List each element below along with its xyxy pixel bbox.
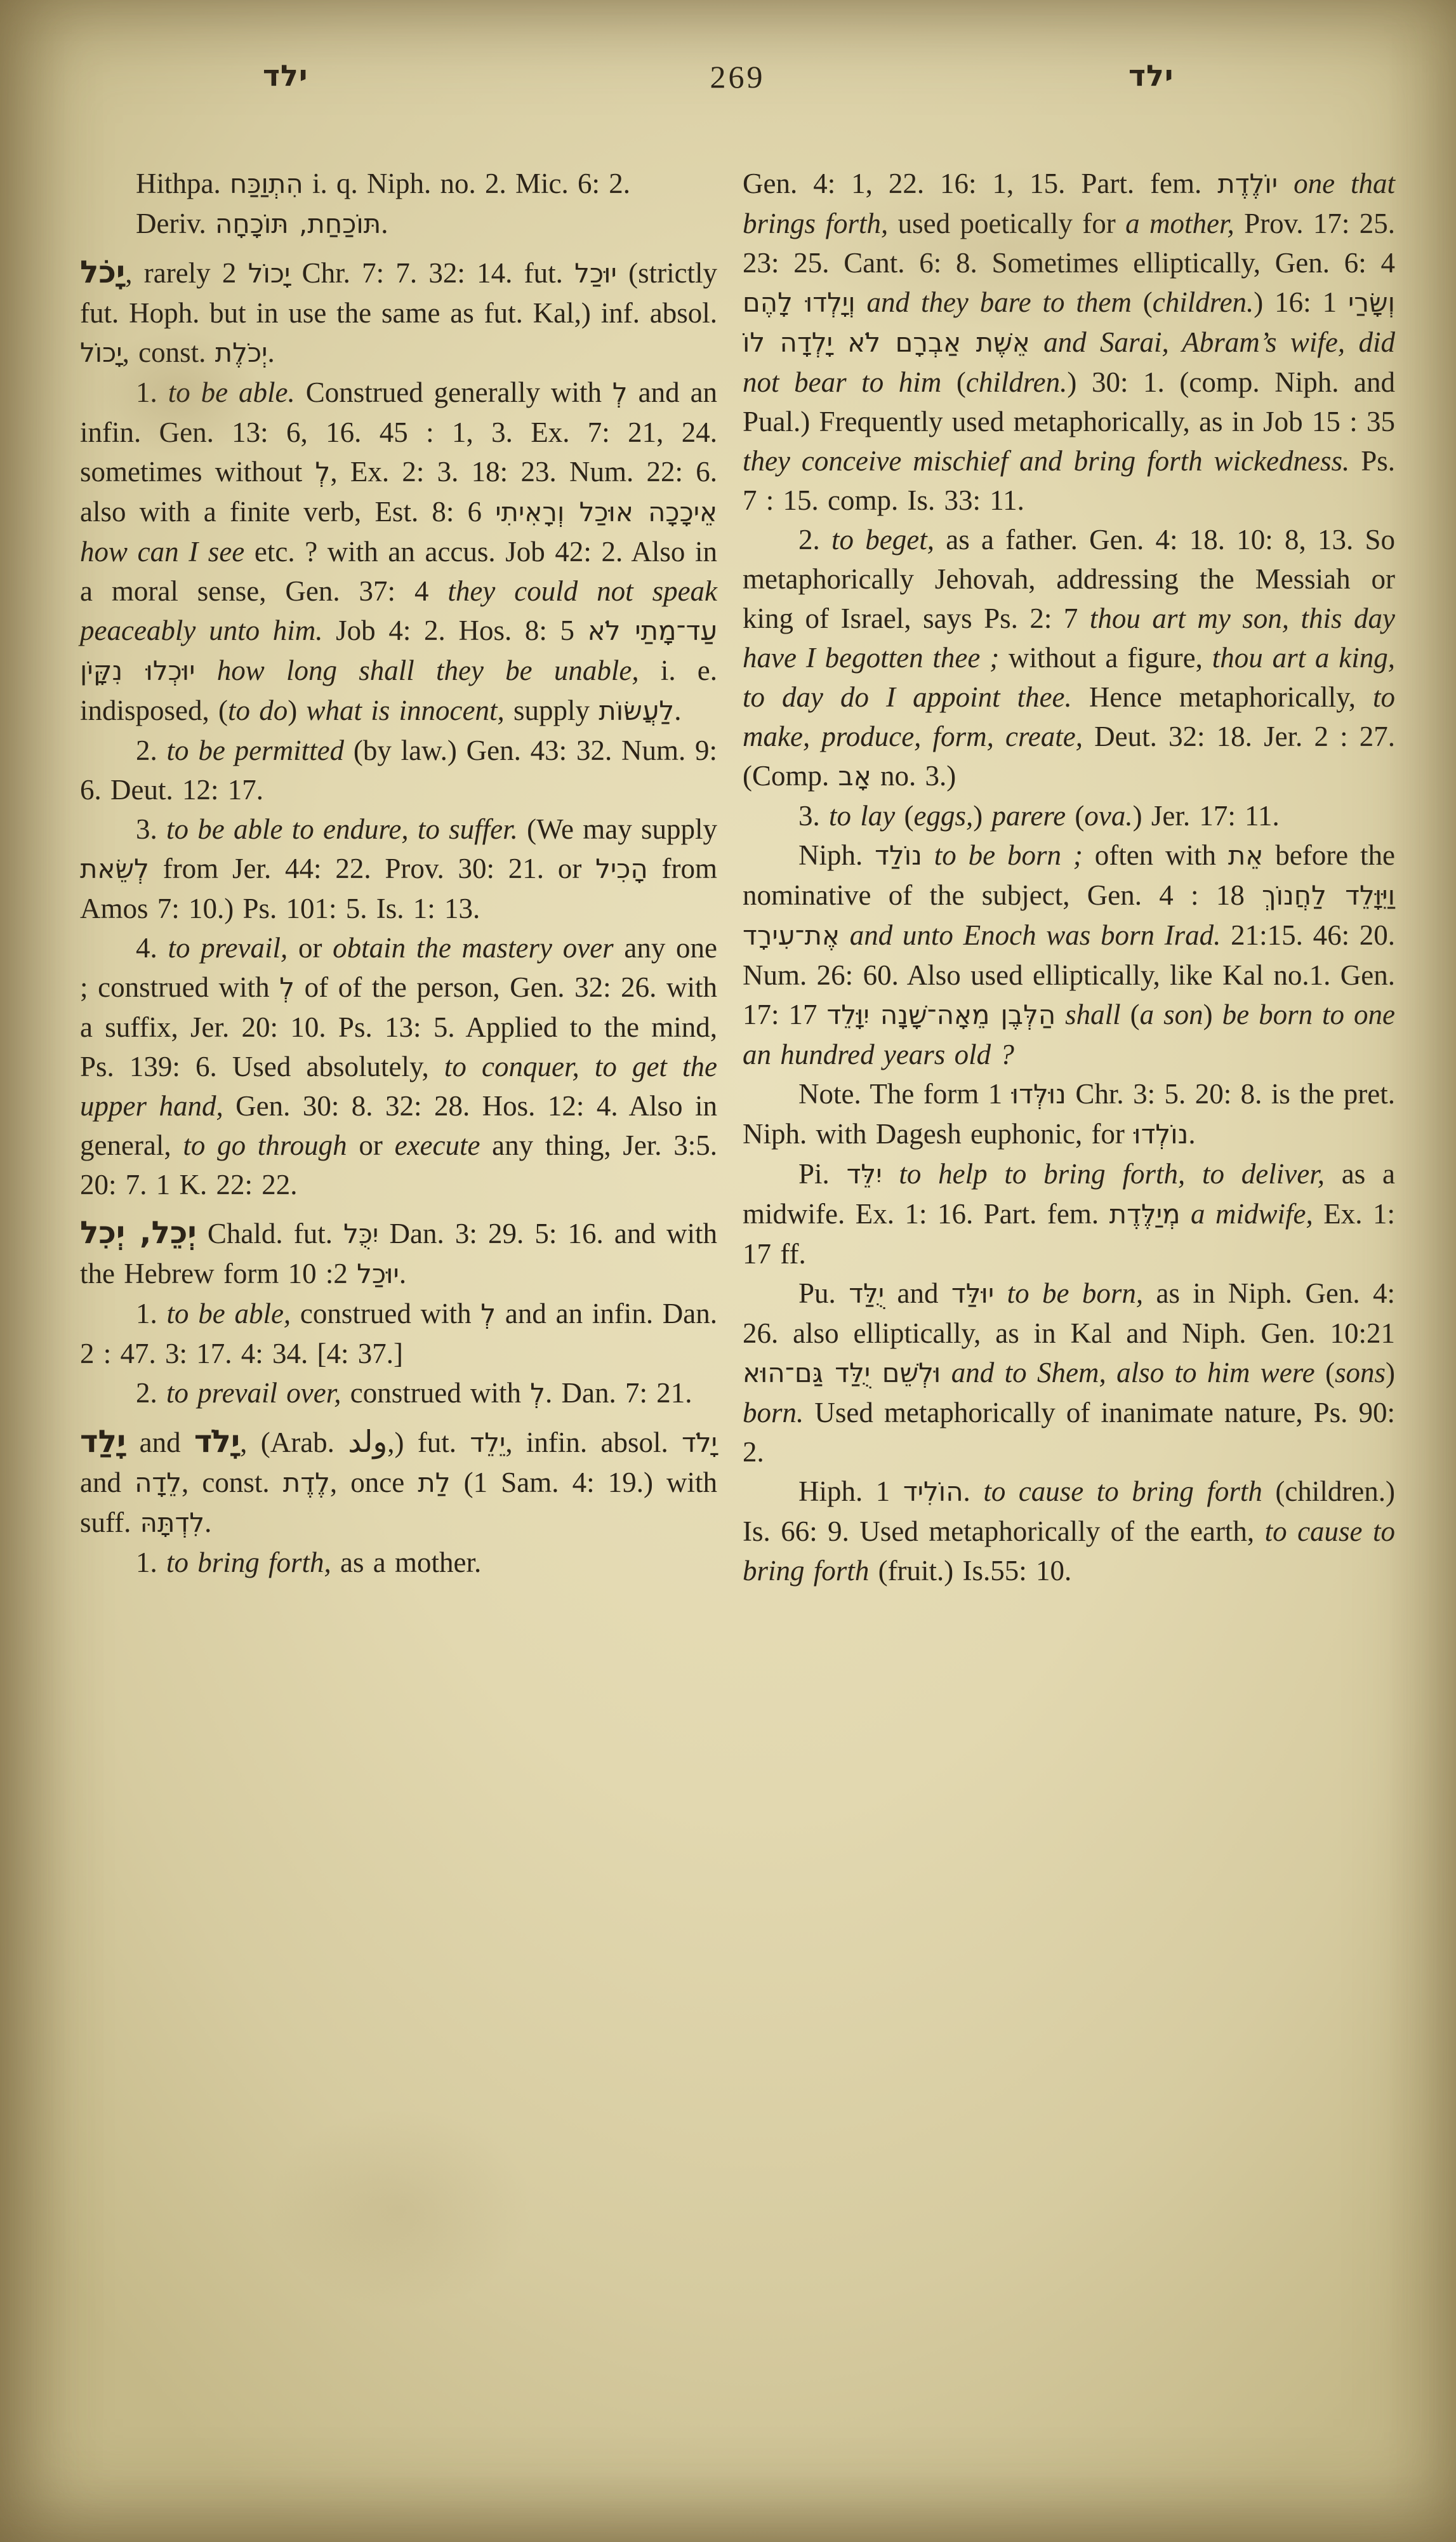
text-run: ) (1203, 999, 1222, 1030)
text-run: 2. (136, 735, 167, 766)
paragraph: 1. to be able, construed with לְ and an … (80, 1294, 717, 1373)
italic-run: to help to bring forth, to deliver, (899, 1158, 1325, 1190)
text-run: 3. (136, 813, 166, 845)
paragraph: Gen. 4: 1, 22. 16: 1, 15. Part. fem. יוֹ… (743, 164, 1395, 520)
hebrew-run: נוּלְּדוּ (1012, 1079, 1066, 1110)
italic-run: born. (743, 1397, 804, 1428)
text-run: ( (941, 366, 966, 398)
text-run: used poetically for (888, 208, 1125, 239)
text-run: and (126, 1427, 194, 1458)
text-run (195, 655, 217, 686)
text-run: from Jer. 44: 22. Prov. 30: 21. or (149, 853, 595, 884)
text-run: 2. (136, 1377, 166, 1409)
text-run: ,) fut. (387, 1427, 470, 1458)
italic-run: to be able, (167, 1298, 291, 1329)
paragraph: Hithpa. הִתְוַכַּח i. q. Niph. no. 2. Mi… (80, 164, 717, 204)
paragraph: 1. to bring forth, as a mother. (80, 1543, 717, 1582)
text-run: ) (1386, 1357, 1395, 1388)
hebrew-run: אֵת (1228, 840, 1263, 871)
text-run: 4. (136, 932, 168, 964)
paragraph: 3. to lay (eggs,) parere (ova.) Jer. 17:… (743, 796, 1395, 835)
paragraph: 4. to prevail, or obtain the mastery ove… (80, 928, 717, 1204)
hebrew-headword: יָכֹל (80, 255, 125, 290)
italic-run: children. (966, 366, 1068, 398)
paragraph: Pi. יִלֵּד to help to bring forth, to de… (743, 1154, 1395, 1274)
text-column-right: Gen. 4: 1, 22. 16: 1, 15. Part. fem. יוֹ… (743, 164, 1395, 1590)
text-run: (fruit.) Is.55: 10. (869, 1555, 1071, 1587)
text-run: or (347, 1129, 395, 1161)
text-run: and (80, 1467, 135, 1498)
paragraph: 2. to be permitted (by law.) Gen. 43: 32… (80, 731, 717, 809)
paragraph: יָכֹל, rarely יָכוֹל 2 Chr. 7: 7. 32: 14… (80, 253, 717, 373)
text-run: without a figure, (999, 642, 1212, 674)
italic-run: to cause to bring forth (983, 1475, 1262, 1507)
text-run: . Dan. 7: 21. (545, 1377, 692, 1409)
italic-run: to be permitted (167, 735, 345, 766)
hebrew-run: לַעֲשׂוֹת (599, 695, 674, 726)
italic-run: and unto Enoch was born Irad. (850, 919, 1221, 951)
text-run (1181, 1198, 1191, 1230)
text-run: supply (505, 695, 599, 726)
hebrew-run: לֵדָה (135, 1467, 182, 1498)
running-head-right-hebrew-word: ילד (1128, 58, 1174, 93)
hebrew-run: לְשֵׂאת (80, 853, 149, 884)
hebrew-run: יֻלַּד (849, 1278, 884, 1309)
text-run: 1. (136, 1298, 167, 1329)
text-run: 2. (798, 524, 831, 556)
text-run (922, 839, 934, 871)
text-run: i. q. Niph. no. 2. Mic. 6: 2. (303, 168, 630, 199)
paragraph: Niph. נוֹלַד to be born ; often with אֵת… (743, 835, 1395, 1074)
hebrew-run: יֵלֵד (470, 1427, 505, 1458)
italic-run: to prevail, (168, 932, 288, 964)
italic-run: to be born, (1007, 1277, 1144, 1309)
lexicon-page: ילד 269 ילד Hithpa. הִתְוַכַּח i. q. Nip… (0, 0, 1456, 1590)
hebrew-run: יִלֵּד (847, 1159, 882, 1190)
hebrew-run: מְיַלֶּדֶת (1109, 1199, 1181, 1230)
hebrew-run: לֶדֶת (283, 1467, 330, 1498)
italic-run: execute (395, 1129, 480, 1161)
hebrew-run: תּוֹכַחַת, תּוֹכָחָה (215, 208, 381, 239)
text-run: Note. The form (798, 1078, 988, 1110)
text-run (994, 1277, 1007, 1309)
italic-run: to be born ; (934, 839, 1083, 871)
italic-run: to do (228, 695, 288, 726)
text-run: ) 16: 1 (1254, 286, 1348, 318)
paragraph: 2. to prevail over, construed with לְ. D… (80, 1373, 717, 1413)
text-run: 1. (136, 1547, 166, 1578)
hebrew-run: וְיָלְדוּ לָהֶם (743, 287, 856, 318)
paragraph: 3. to be able to endure, to suffer. (We … (80, 809, 717, 928)
text-run: , (Arab. (240, 1427, 348, 1458)
hebrew-headword: יָלֹד (194, 1424, 240, 1460)
text-run: . (1188, 1118, 1195, 1150)
text-run: ) (288, 695, 306, 726)
text-run: 3. (798, 800, 829, 832)
text-run: , once (330, 1467, 418, 1498)
text-run: no. 3.) (871, 760, 956, 792)
hebrew-run: אֵיכָכָה אוּכַל וְרָאִיתִי (495, 496, 717, 528)
hebrew-run: יוּלַּד (951, 1278, 994, 1309)
text-run: and (884, 1277, 951, 1309)
text-run: ( (1066, 800, 1084, 832)
italic-run: how long shall they be unable, (217, 655, 639, 686)
hebrew-run: יוּכַל (574, 258, 617, 289)
running-head: ילד 269 ילד (80, 58, 1395, 135)
italic-run: and they bare to them (867, 286, 1132, 318)
italic-run: to prevail over, (166, 1377, 341, 1409)
text-run: Hence metaphorically, (1072, 681, 1373, 713)
text-run: . (267, 336, 274, 368)
hebrew-run: יָכוֹל (248, 258, 291, 289)
paragraph: יְכֵל, יְכִל Chald. fut. יִכֻּל Dan. 3: … (80, 1213, 717, 1294)
paragraph: Deriv. תּוֹכַחַת, תּוֹכָחָה. (80, 204, 717, 244)
text-run: Pu. (798, 1277, 849, 1309)
italic-run: to be able to endure, to suffer. (166, 813, 518, 845)
paragraph: 2. to beget, as a father. Gen. 4: 18. 10… (743, 520, 1395, 796)
text-run: , const. (122, 336, 215, 368)
paragraph: Hiph. הוֹלִיד 1. to cause to bring forth… (743, 1472, 1395, 1590)
text-run: , infin. absol. (505, 1427, 682, 1458)
hebrew-run: לְ (315, 456, 331, 488)
text-run (1278, 168, 1294, 199)
italic-run: they conceive mischief and bring forth w… (743, 445, 1349, 477)
hebrew-run: יָלֹד (682, 1427, 717, 1458)
hebrew-run: לְ (480, 1298, 496, 1329)
text-run: . (381, 208, 388, 239)
text-run: as a mother. (331, 1547, 481, 1578)
italic-run: what is innocent, (307, 695, 505, 726)
hebrew-run: הַלְּבֶן מֵאָה־שָׁנָה יִוָּלֵד (826, 999, 1056, 1030)
italic-run: to be able. (168, 376, 295, 408)
hebrew-run: לִדְתָּהּ (140, 1507, 204, 1538)
hebrew-run: נוֹלְדוּ (1134, 1119, 1188, 1150)
text-run: Gen. 4: 1, 22. 16: 1, 15. Part. fem. (743, 168, 1217, 199)
italic-run: children. (1153, 286, 1254, 318)
hebrew-run: הוֹלִיד (903, 1476, 963, 1507)
text-run (882, 1158, 899, 1190)
text-run: . (204, 1507, 211, 1538)
text-run (1056, 999, 1065, 1030)
text-run: 1. (136, 376, 168, 408)
italic-run: how can I see (80, 536, 244, 568)
text-run: Hithpa. (136, 168, 230, 199)
hebrew-run: לַת (418, 1467, 450, 1498)
page-number: 269 (80, 58, 1395, 95)
text-run: ( (1121, 999, 1140, 1030)
italic-run: eggs, (914, 800, 974, 832)
text-run (941, 1357, 951, 1388)
text-run: or (288, 932, 333, 964)
text-run: Construed generally with (295, 376, 612, 408)
hebrew-headword: יְכֵל, יְכִל (80, 1215, 197, 1251)
italic-run: a son (1140, 999, 1203, 1030)
italic-run: parere (992, 800, 1066, 832)
paragraph: Pu. יֻלַּד and יוּלַּד to be born, as in… (743, 1274, 1395, 1472)
italic-run: to bring forth, (166, 1547, 331, 1578)
hebrew-run: לְ (530, 1378, 545, 1409)
text-columns: Hithpa. הִתְוַכַּח i. q. Niph. no. 2. Mi… (80, 164, 1395, 1590)
text-run: ) Jer. 17: 11. (1133, 800, 1280, 832)
hebrew-run: יָכוֹל (80, 337, 122, 368)
text-run: construed with (291, 1298, 480, 1329)
text-run: Job 4: 2. Hos. 8: 5 (323, 615, 588, 646)
text-run: ( (895, 800, 913, 832)
text-run: Deriv. (136, 208, 215, 239)
italic-run: and to Shem, also to him were (951, 1357, 1315, 1388)
text-run: ( (1132, 286, 1153, 318)
paragraph: Note. The form נוּלְּדוּ 1 Chr. 3: 5. 20… (743, 1074, 1395, 1154)
text-run (840, 919, 850, 951)
italic-run: shall (1065, 999, 1121, 1030)
hebrew-run: יוֹלֶדֶת (1217, 168, 1278, 199)
text-run: construed with (341, 1377, 531, 1409)
italic-run: to go through (183, 1129, 347, 1161)
hebrew-run: אָב (838, 761, 871, 792)
text-run: often with (1083, 839, 1228, 871)
arabic-run: ولد (348, 1425, 387, 1460)
text-run (1030, 326, 1043, 358)
italic-run: sons (1335, 1357, 1386, 1388)
text-run: (We may supply (518, 813, 717, 845)
hebrew-run: יוּכַל (357, 1258, 399, 1289)
hebrew-headword: יָלַד (80, 1424, 126, 1460)
italic-run: to lay (829, 800, 895, 832)
text-run: Chald. fut. (197, 1218, 343, 1249)
hebrew-run: לְ (279, 972, 295, 1003)
text-run: Hiph. (798, 1475, 876, 1507)
paragraph: יָלַד and יָלֹד, (Arab. ولد,) fut. יֵלֵד… (80, 1422, 717, 1543)
text-run: Used metaphorically of inanimate nature,… (743, 1397, 1395, 1468)
hebrew-run: יְכֹלֶת (215, 337, 268, 368)
text-run (856, 286, 867, 318)
text-run: , rarely (125, 257, 222, 289)
hebrew-run: הִתְוַכַּח (230, 168, 303, 199)
text-run: . (674, 695, 681, 726)
text-run: Niph. (798, 839, 875, 871)
hebrew-run: וּלְשֵׁם יֻלַּד גַּם־הוּא (743, 1357, 941, 1388)
text-run: ) (973, 800, 991, 832)
hebrew-run: הָכִיל (595, 853, 648, 884)
text-run: ( (1315, 1357, 1335, 1388)
italic-run: ova. (1084, 800, 1132, 832)
italic-run: obtain the mastery over (333, 932, 614, 964)
italic-run: a midwife, (1191, 1198, 1313, 1230)
paragraph: 1. to be able. Construed generally with … (80, 373, 717, 731)
hebrew-run: יִכֻּל (343, 1218, 378, 1249)
italic-run: to beget, (831, 524, 934, 556)
text-column-left: Hithpa. הִתְוַכַּח i. q. Niph. no. 2. Mi… (80, 164, 717, 1590)
italic-run: a mother, (1125, 208, 1234, 239)
hebrew-run: נוֹלַד (875, 840, 922, 871)
text-run: , const. (182, 1467, 283, 1498)
text-run: Pi. (798, 1158, 847, 1190)
hebrew-run: לְ (612, 377, 628, 408)
paper-stain (267, 2108, 533, 2311)
